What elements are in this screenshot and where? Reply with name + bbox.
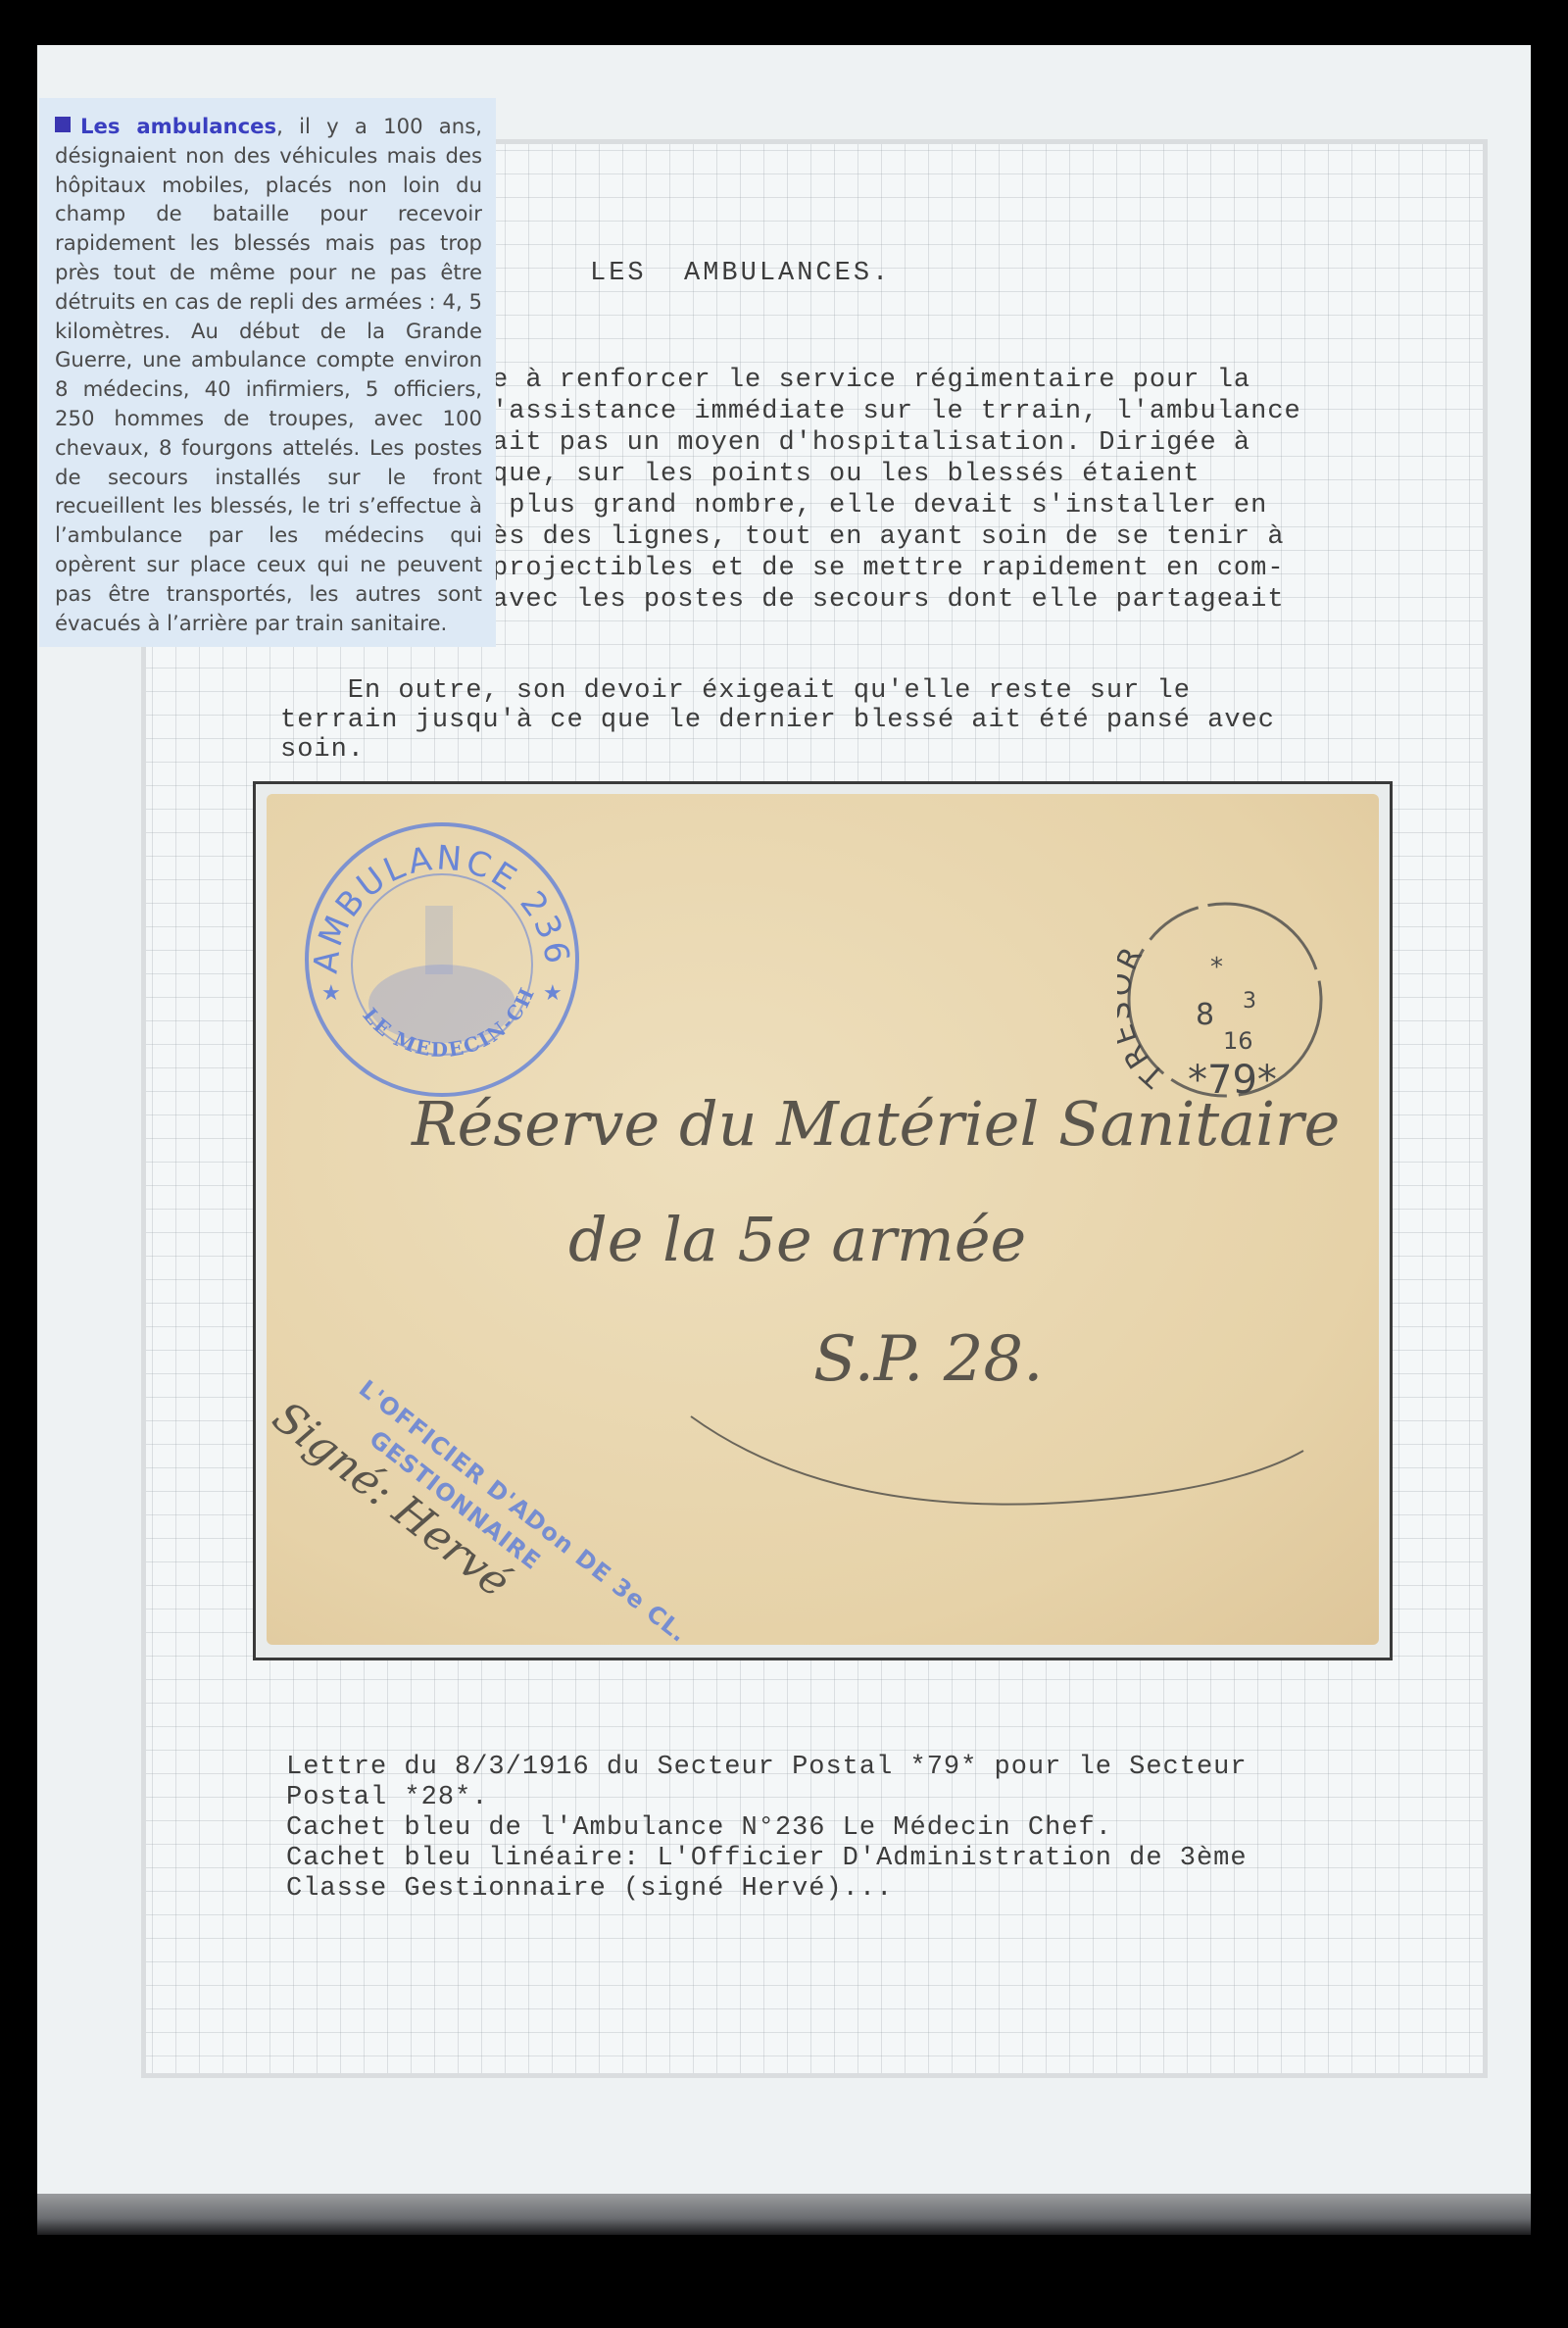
sidebar-text: , il y a 100 ans, désignaient non des vé… — [55, 114, 482, 635]
text-line: avec les postes de secours dont elle par… — [492, 584, 1301, 616]
sidebar-lead: Les ambulances — [80, 114, 276, 138]
text-line: ès des lignes, tout en ayant soin de se … — [492, 521, 1301, 553]
text-line: Cachet bleu linéaire: L'Officier D'Admin… — [286, 1844, 1248, 1874]
caption: Lettre du 8/3/1916 du Secteur Postal *79… — [286, 1722, 1248, 1935]
svg-text:3: 3 — [1243, 989, 1256, 1014]
page-bottom-edge — [37, 2194, 1531, 2235]
address-line-1: Réserve du Matériel Sanitaire — [412, 1088, 1340, 1160]
page-title: LES AMBULANCES. — [590, 259, 891, 289]
text-line: Lettre du 8/3/1916 du Secteur Postal *79… — [286, 1753, 1248, 1783]
text-line: Classe Gestionnaire (signé Hervé)... — [286, 1874, 1248, 1905]
svg-text:8: 8 — [1196, 998, 1214, 1032]
address-line-3: S.P. 28. — [813, 1323, 1043, 1396]
svg-text:16: 16 — [1223, 1027, 1253, 1055]
sidebar-note: Les ambulances, il y a 100 ans, désignai… — [39, 98, 496, 647]
text-line: e à renforcer le service régimentaire po… — [492, 365, 1301, 396]
address-line-2: de la 5e armée — [568, 1204, 1026, 1275]
text-line: En outre, son devoir éxigeait qu'elle re… — [280, 676, 1275, 706]
text-line: 'assistance immédiate sur le trrain, l'a… — [492, 396, 1301, 427]
paragraph-1: e à renforcer le service régimentaire po… — [492, 333, 1301, 647]
text-line: Cachet bleu de l'Ambulance N°236 Le Méde… — [286, 1813, 1248, 1844]
text-line: terrain jusqu'à ce que le dernier blessé… — [280, 706, 1275, 735]
text-line: plus grand nombre, elle devait s'install… — [492, 490, 1301, 521]
text-line: Postal *28*. — [286, 1783, 1248, 1813]
text-line: que, sur les points ou les blessés étaie… — [492, 459, 1301, 490]
square-bullet-icon — [55, 117, 71, 132]
ambulance-stamp-icon: AMBULANCE 236 LE MEDECIN-CHEF ★ ★ — [300, 817, 584, 1102]
paragraph-2: En outre, son devoir éxigeait qu'elle re… — [280, 647, 1275, 794]
address-underline-icon — [686, 1412, 1313, 1510]
text-line: soin. — [280, 735, 1275, 765]
svg-text:TRESOR: TRESOR — [1117, 939, 1172, 1094]
svg-text:★: ★ — [321, 981, 341, 1006]
svg-text:★: ★ — [543, 981, 563, 1006]
postmark-icon: TRESOR * 8 3 16 *79* — [1117, 892, 1333, 1108]
text-line: projectibles et de se mettre rapidement … — [492, 553, 1301, 584]
svg-text:*: * — [1210, 953, 1223, 982]
text-line: ait pas un moyen d'hospitalisation. Diri… — [492, 427, 1301, 459]
